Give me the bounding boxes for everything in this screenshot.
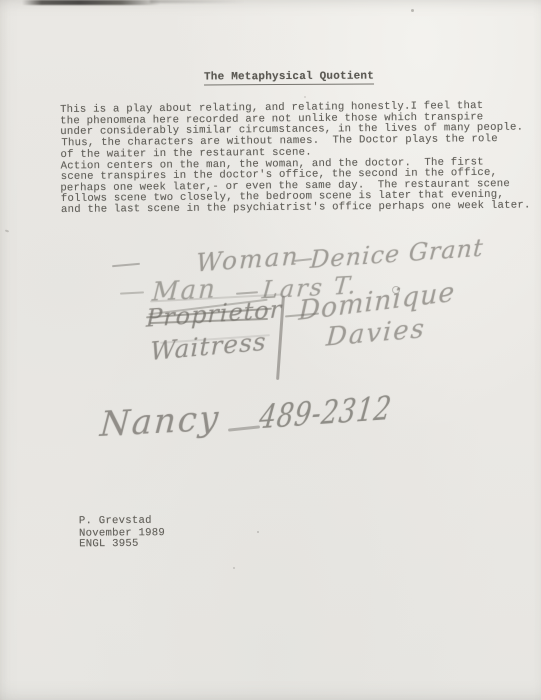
document-title: The Metaphysical Quotient <box>204 71 374 86</box>
scan-speck <box>233 567 235 569</box>
scan-speck <box>257 531 259 533</box>
handwritten-contact-phone: 489-2312 <box>257 389 394 437</box>
course-code: ENGL 3955 <box>79 539 165 551</box>
pencil-dash <box>112 263 140 267</box>
synopsis-text: This is a play about relating, and relat… <box>60 100 531 216</box>
handwritten-contact-name: Nancy <box>99 399 222 445</box>
pencil-dash <box>120 291 144 294</box>
typed-line: and the last scene in the psychiatrist's… <box>61 201 531 217</box>
handwritten-role-woman: Woman <box>196 241 301 277</box>
handwritten-role-waitress: Waitress <box>150 327 267 366</box>
handwritten-actor-woman: Denice Grant <box>309 234 484 274</box>
author-block: P. Grevstad November 1989 ENGL 3955 <box>79 516 165 551</box>
scan-smudge <box>22 0 160 5</box>
scanned-page: The Metaphysical Quotient This is a play… <box>0 0 541 700</box>
scan-smudge <box>150 0 245 3</box>
document-date: November 1989 <box>79 528 165 540</box>
scan-speck <box>5 229 9 232</box>
scan-speck <box>304 96 306 98</box>
scan-speck <box>411 9 414 12</box>
pencil-dash <box>228 425 260 431</box>
